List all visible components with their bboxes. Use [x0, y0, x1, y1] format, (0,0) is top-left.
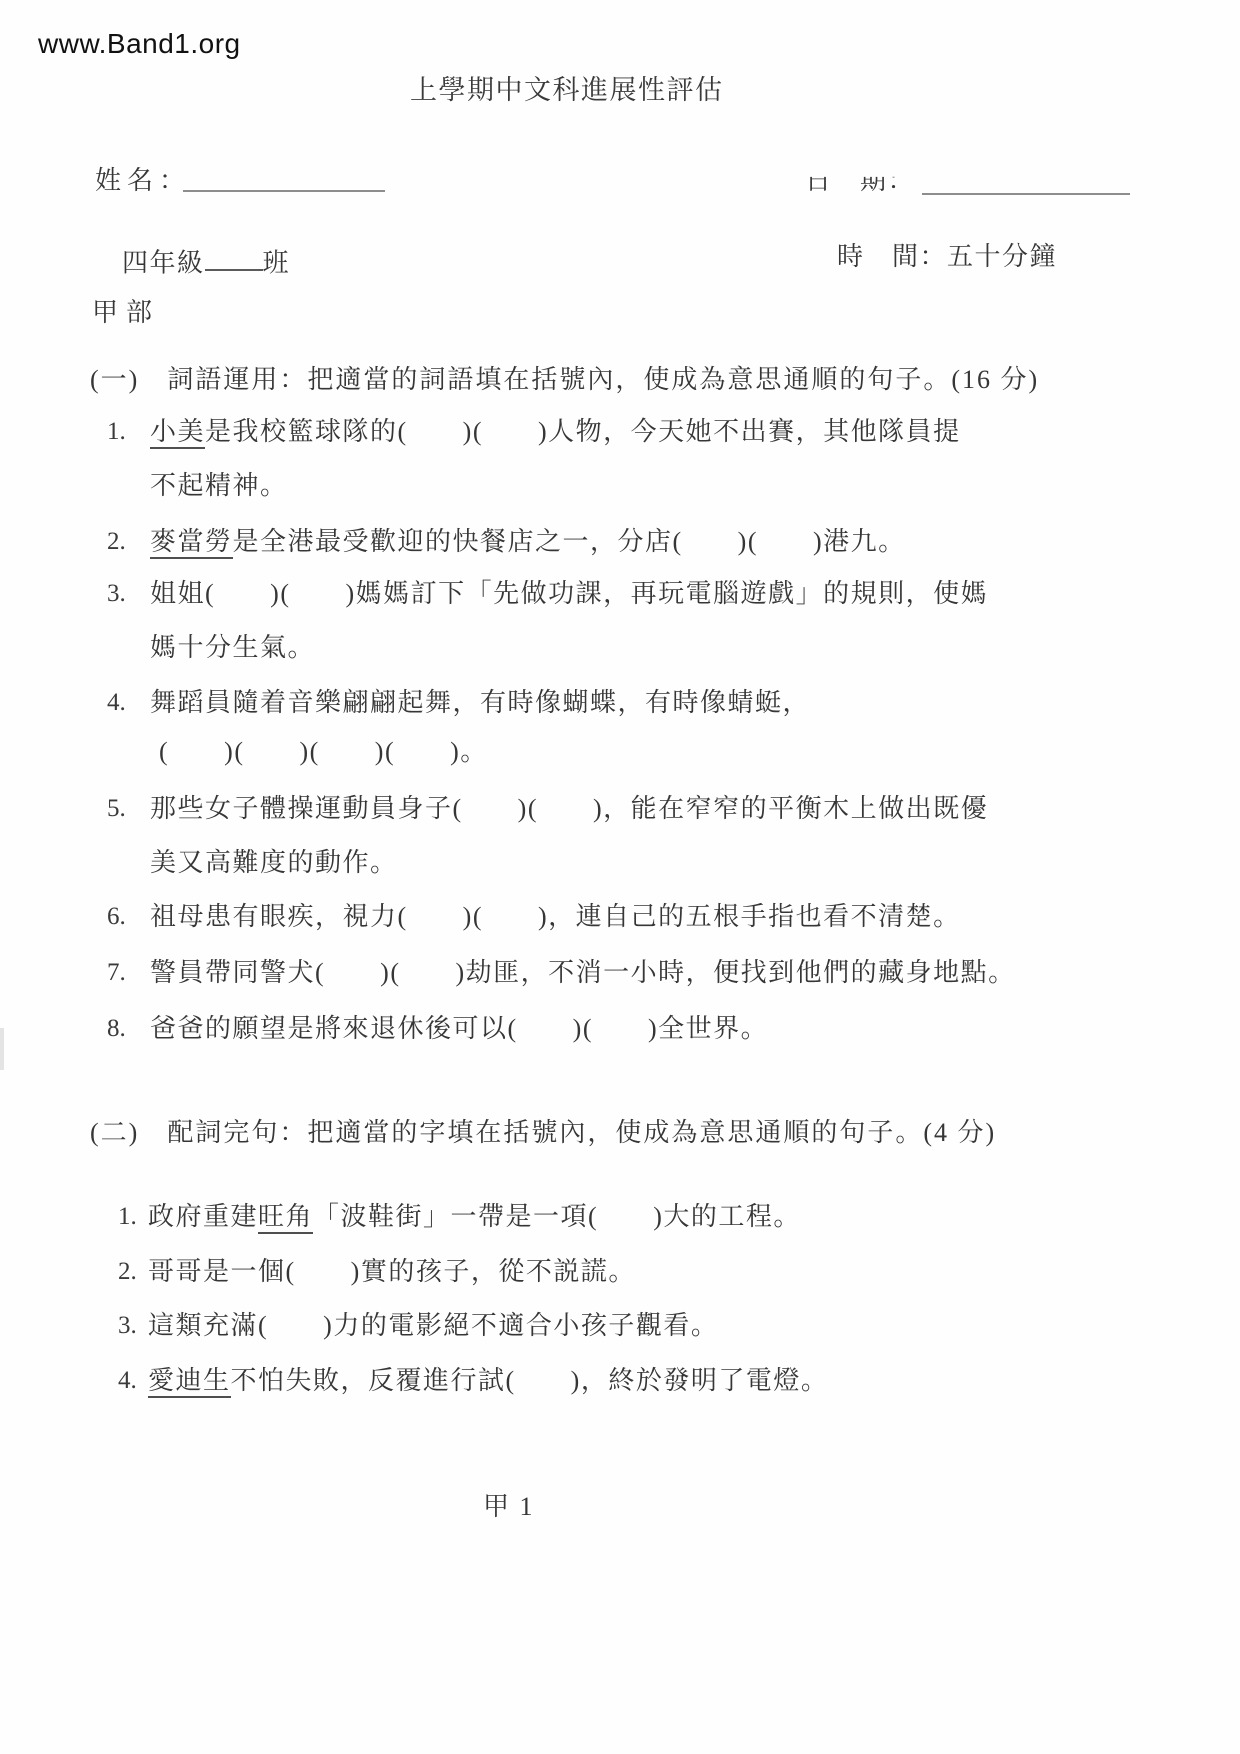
section-2-heading: (二) 配詞完句：把適當的字填在括號內，使成為意思通順的句子。(4 分): [90, 1112, 996, 1149]
time-field-label: 時 間：: [837, 242, 947, 271]
question-a1-3-line-2: 媽十分生氣。: [150, 631, 315, 665]
exam-paper-page: www.Band1.org 上學期中文科進展性評估 姓名： 四年級班 日 期： …: [0, 0, 1240, 1754]
question-a1-5-line-2: 美又高難度的動作。: [150, 846, 398, 880]
question-a1-6-line-1: 祖母患有眼疾，視力( )( )，連自己的五根手指也看不清楚。: [150, 900, 961, 934]
question-a1-4-brackets-line: ( )( )( )( )。: [159, 735, 488, 769]
question-a1-8-line-1: 爸爸的願望是將來退休後可以( )( )全世界。: [150, 1012, 768, 1046]
question-a1-3-line-1: 姐姐( )( )媽媽訂下「先做功課，再玩電腦遊戲」的規則，使媽: [150, 577, 988, 611]
underlined-word: 愛迪生: [148, 1366, 231, 1398]
watermark-url: www.Band1.org: [38, 28, 241, 60]
scan-artifact: [0, 1028, 4, 1070]
grade-label: 四年級: [122, 248, 205, 277]
question-a1-8-number: 8.: [107, 1015, 126, 1043]
question-a1-6-number: 6.: [107, 903, 126, 931]
underlined-word: 小美: [150, 417, 205, 449]
question-a1-2-line-1: 麥當勞是全港最受歡迎的快餐店之一，分店( )( )港九。: [150, 525, 906, 559]
question-a2-4-number: 4.: [118, 1367, 137, 1395]
name-blank-line: [183, 190, 385, 192]
date-field-label: 日 期：: [805, 164, 915, 198]
question-a1-5-line-1: 那些女子體操運動員身子( )( )，能在窄窄的平衡木上做出既優: [150, 792, 988, 826]
question-a2-4-line-1: 愛迪生不怕失敗，反覆進行試( )，終於發明了電燈。: [148, 1364, 828, 1398]
question-a1-1-line-2: 不起精神。: [150, 469, 288, 503]
question-a2-3-line-1: 這類充滿( )力的電影絕不適合小孩子觀看。: [148, 1309, 718, 1343]
underlined-word: 麥當勞: [150, 527, 233, 559]
question-a2-3-number: 3.: [118, 1312, 137, 1340]
section-1-heading: (一) 詞語運用：把適當的詞語填在括號內，使成為意思通順的句子。(16 分): [90, 359, 1039, 396]
question-a2-1-number: 1.: [118, 1203, 137, 1231]
question-a1-7-number: 7.: [107, 959, 126, 987]
page-number-footer: 甲 1: [483, 1490, 535, 1524]
question-a1-4-line-1: 舞蹈員隨着音樂翩翩起舞，有時像蝴蝶，有時像蜻蜓，: [150, 686, 810, 720]
class-label: 班: [263, 248, 291, 277]
class-blank-line: [205, 242, 263, 271]
question-a2-1-line-1: 政府重建旺角「波鞋街」一帶是一項( )大的工程。: [148, 1200, 801, 1234]
question-a2-2-number: 2.: [118, 1258, 137, 1286]
time-value: 五十分鐘: [947, 242, 1057, 271]
question-a2-2-line-1: 哥哥是一個( )實的孩子，從不説謊。: [148, 1255, 636, 1289]
question-a1-4-number: 4.: [107, 689, 126, 717]
question-a1-7-line-1: 警員帶同警犬( )( )劫匪，不消一小時，便找到他們的藏身地點。: [150, 956, 1016, 990]
question-a1-2-number: 2.: [107, 528, 126, 556]
name-field-label: 姓名：: [95, 164, 191, 198]
time-field-row: 時 間：五十分鐘: [805, 206, 1057, 308]
part-a-label: 甲部: [92, 296, 160, 330]
question-a1-1-line-1: 小美是我校籃球隊的( )( )人物，今天她不出賽，其他隊員提: [150, 415, 961, 449]
date-blank-line: [922, 193, 1130, 195]
question-a1-5-number: 5.: [107, 795, 126, 823]
underlined-word: 旺角: [258, 1202, 313, 1234]
question-a1-1-number: 1.: [107, 418, 126, 446]
question-a1-3-number: 3.: [107, 580, 126, 608]
page-title: 上學期中文科進展性評估: [410, 68, 724, 107]
